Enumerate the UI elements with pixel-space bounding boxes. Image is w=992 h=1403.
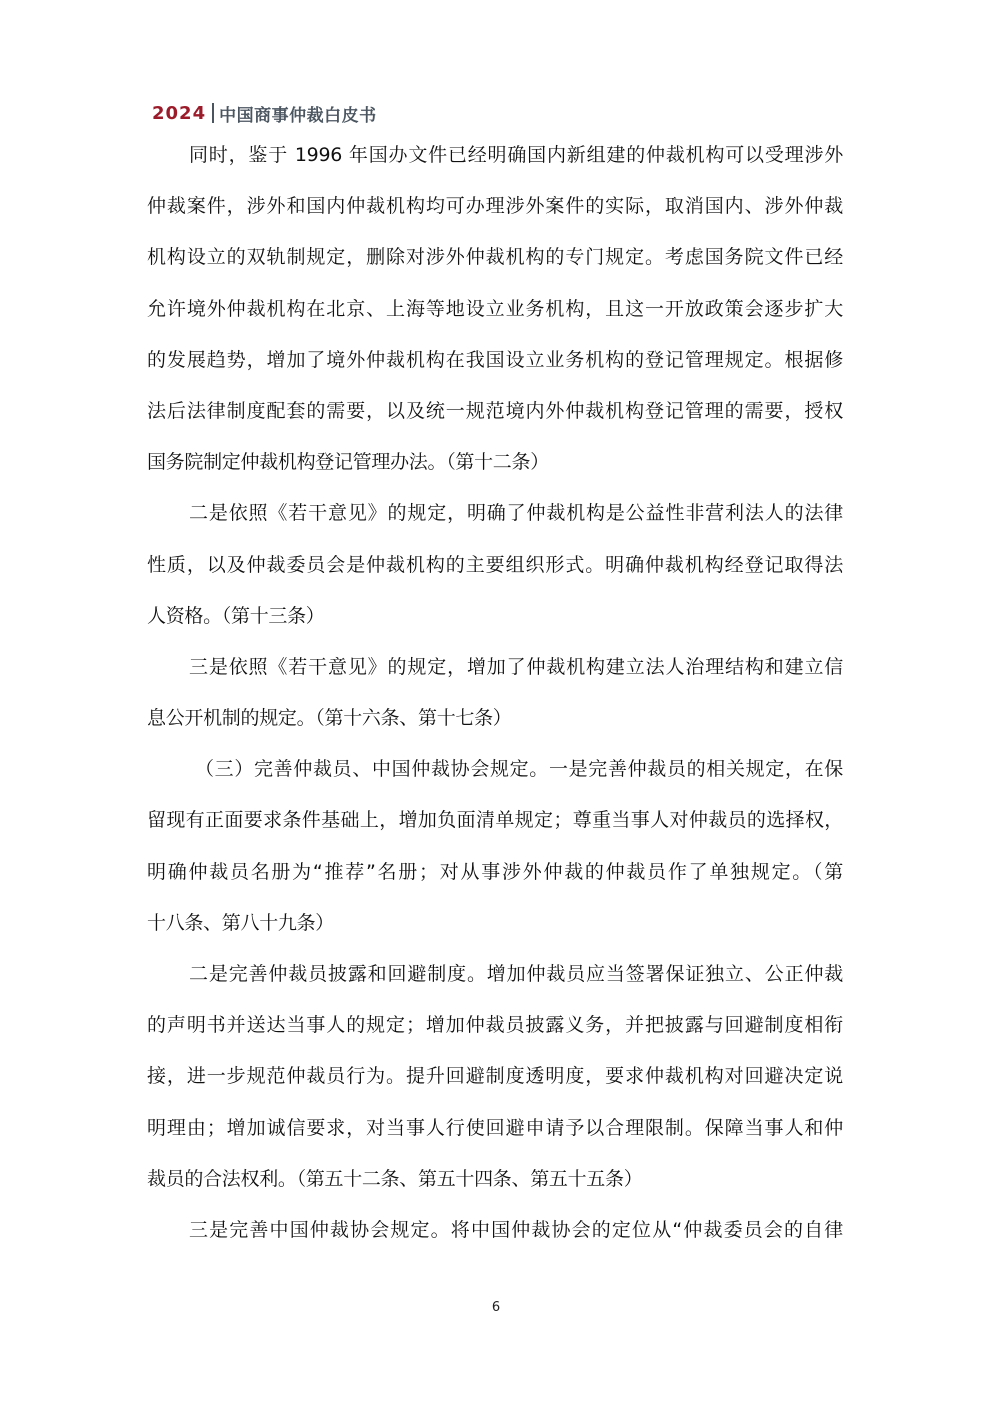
paragraph-arbitrators: （三）完善仲裁员、中国仲裁协会规定。一是完善仲裁员的相关规定，在保 留现有正面要… — [147, 752, 843, 957]
paragraph-disclosure: 二是完善仲裁员披露和回避制度。增加仲裁员应当签署保证独立、公正仲裁 的声明书并送… — [147, 957, 843, 1213]
header-title: 中国商事仲裁白皮书 — [219, 101, 377, 126]
page-number: 6 — [0, 1300, 992, 1315]
text-line: 机构设立的双轨制规定，删除对涉外仲裁机构的专门规定。考虑国务院文件已经 — [147, 240, 843, 291]
paragraph-governance: 三是依照《若干意见》的规定，增加了仲裁机构建立法人治理结构和建立信 息公开机制的… — [147, 650, 843, 752]
running-header: 2024 中国商事仲裁白皮书 — [152, 100, 377, 126]
text-line: 二是完善仲裁员披露和回避制度。增加仲裁员应当签署保证独立、公正仲裁 — [147, 957, 843, 1008]
text-line: 国务院制定仲裁机构登记管理办法。（第十二条） — [147, 445, 843, 496]
text-line: 明确仲裁员名册为“推荐”名册；对从事涉外仲裁的仲裁员作了单独规定。（第 — [147, 855, 843, 906]
text-line: （三）完善仲裁员、中国仲裁协会规定。一是完善仲裁员的相关规定，在保 — [147, 752, 843, 803]
header-year: 2024 — [152, 103, 206, 124]
text-line: 留现有正面要求条件基础上，增加负面清单规定；尊重当事人对仲裁员的选择权， — [147, 803, 843, 854]
text-line: 接，进一步规范仲裁员行为。提升回避制度透明度，要求仲裁机构对回避决定说 — [147, 1059, 843, 1110]
text-line: 裁员的合法权利。（第五十二条、第五十四条、第五十五条） — [147, 1162, 843, 1213]
text-line: 允许境外仲裁机构在北京、上海等地设立业务机构，且这一开放政策会逐步扩大 — [147, 292, 843, 343]
text-line: 的声明书并送达当事人的规定；增加仲裁员披露义务，并把披露与回避制度相衔 — [147, 1008, 843, 1059]
text-line: 明理由；增加诚信要求，对当事人行使回避申请予以合理限制。保障当事人和仲 — [147, 1111, 843, 1162]
header-divider — [212, 103, 214, 123]
text-line: 三是完善中国仲裁协会规定。将中国仲裁协会的定位从“仲裁委员会的自律 — [147, 1213, 843, 1264]
text-line: 仲裁案件，涉外和国内仲裁机构均可办理涉外案件的实际，取消国内、涉外仲裁 — [147, 189, 843, 240]
document-body: 同时，鉴于 1996 年国办文件已经明确国内新组建的仲裁机构可以受理涉外 仲裁案… — [147, 138, 843, 1264]
text-line: 息公开机制的规定。（第十六条、第十七条） — [147, 701, 843, 752]
text-line: 同时，鉴于 1996 年国办文件已经明确国内新组建的仲裁机构可以受理涉外 — [147, 138, 843, 189]
paragraph-legal-nature: 二是依照《若干意见》的规定，明确了仲裁机构是公益性非营利法人的法律 性质，以及仲… — [147, 496, 843, 650]
text-line: 法后法律制度配套的需要，以及统一规范境内外仲裁机构登记管理的需要，授权 — [147, 394, 843, 445]
text-line: 二是依照《若干意见》的规定，明确了仲裁机构是公益性非营利法人的法律 — [147, 496, 843, 547]
text-line: 人资格。（第十三条） — [147, 599, 843, 650]
text-line: 的发展趋势，增加了境外仲裁机构在我国设立业务机构的登记管理规定。根据修 — [147, 343, 843, 394]
paragraph-registration: 同时，鉴于 1996 年国办文件已经明确国内新组建的仲裁机构可以受理涉外 仲裁案… — [147, 138, 843, 496]
text-line: 三是依照《若干意见》的规定，增加了仲裁机构建立法人治理结构和建立信 — [147, 650, 843, 701]
text-line: 十八条、第八十九条） — [147, 906, 843, 957]
paragraph-association: 三是完善中国仲裁协会规定。将中国仲裁协会的定位从“仲裁委员会的自律 — [147, 1213, 843, 1264]
text-line: 性质，以及仲裁委员会是仲裁机构的主要组织形式。明确仲裁机构经登记取得法 — [147, 548, 843, 599]
